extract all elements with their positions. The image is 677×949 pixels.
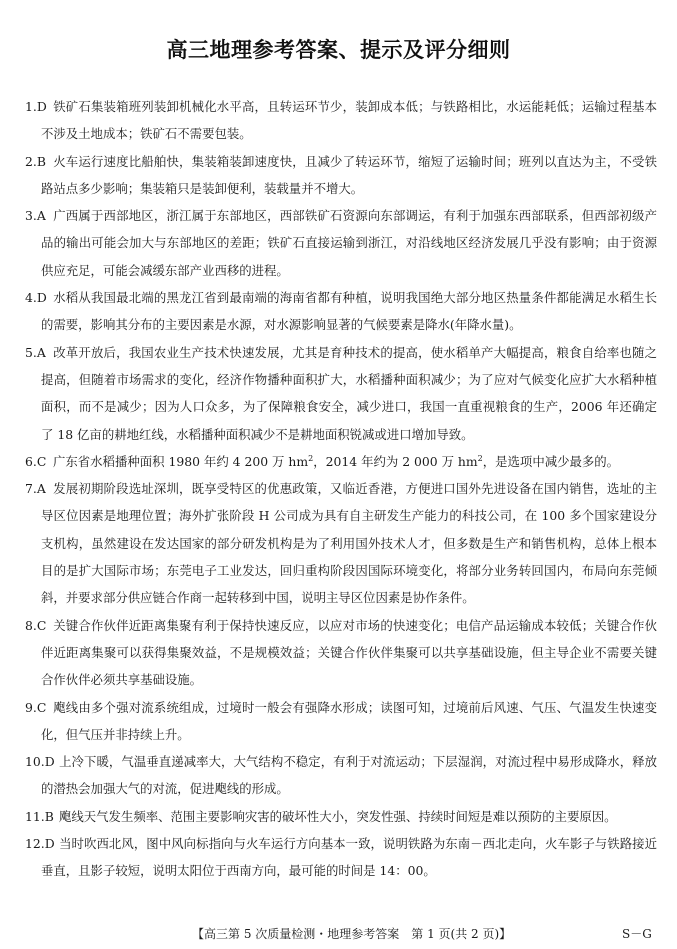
- answer-item-7: 7.A发展初期阶段选址深圳，既享受特区的优惠政策，又临近香港，方便进口国外先进设…: [25, 475, 657, 611]
- answer-text: 铁矿石集装箱班列装卸机械化水平高，且转运环节少，装卸成本低；与铁路相比，水运能耗…: [41, 99, 657, 141]
- answer-text: 广东省水稻播种面积 1980 年约 4 200 万 hm2，2014 年约为 2…: [53, 454, 619, 469]
- answer-text: 关键合作伙伴近距离集聚有利于保持快速反应，以应对市场的快速变化；电信产品运输成本…: [41, 618, 657, 688]
- answer-text: 当时吹西北风，图中风向标指向与火车运行方向基本一致，说明铁路为东南－西北走向，火…: [41, 836, 657, 878]
- answer-number: 4.D: [25, 284, 53, 311]
- answer-number: 12.D: [25, 830, 59, 857]
- answer-number: 8.C: [25, 612, 53, 639]
- answer-number: 1.D: [25, 93, 53, 120]
- answer-number: 10.D: [25, 748, 59, 775]
- footer-code: S－G: [622, 925, 652, 942]
- answer-text: 火车运行速度比船舶快，集装箱装卸速度快，且减少了转运环节，缩短了运输时间；班列以…: [41, 154, 657, 196]
- answer-item-5: 5.A改革开放后，我国农业生产技术快速发展，尤其是育种技术的提高，使水稻单产大幅…: [25, 339, 657, 448]
- answer-number: 9.C: [25, 694, 53, 721]
- answer-number: 11.B: [25, 803, 59, 830]
- answer-number: 7.A: [25, 475, 53, 502]
- answer-text: 发展初期阶段选址深圳，既享受特区的优惠政策，又临近香港，方便进口国外先进设备在国…: [41, 481, 657, 605]
- answer-item-11: 11.B飑线天气发生频率、范围主要影响灾害的破坏性大小，突发性强、持续时间短是难…: [25, 803, 657, 830]
- answer-list: 1.D铁矿石集装箱班列装卸机械化水平高，且转运环节少，装卸成本低；与铁路相比，水…: [25, 93, 657, 885]
- answer-item-12: 12.D当时吹西北风，图中风向标指向与火车运行方向基本一致，说明铁路为东南－西北…: [25, 830, 657, 885]
- answer-item-3: 3.A广西属于西部地区，浙江属于东部地区，西部铁矿石资源向东部调运，有利于加强东…: [25, 202, 657, 284]
- answer-item-6: 6.C广东省水稻播种面积 1980 年约 4 200 万 hm2，2014 年约…: [25, 448, 657, 475]
- answer-text: 飑线由多个强对流系统组成，过境时一般会有强降水形成；读图可知，过境前后风速、气压…: [41, 700, 657, 742]
- answer-item-10: 10.D上冷下暖，气温垂直递减率大，大气结构不稳定，有利于对流运动；下层湿润，对…: [25, 748, 657, 803]
- answer-item-8: 8.C关键合作伙伴近距离集聚有利于保持快速反应，以应对市场的快速变化；电信产品运…: [25, 612, 657, 694]
- answer-number: 6.C: [25, 448, 53, 475]
- answer-item-4: 4.D水稻从我国最北端的黑龙江省到最南端的海南省都有种植，说明我国绝大部分地区热…: [25, 284, 657, 339]
- answer-text: 广西属于西部地区，浙江属于东部地区，西部铁矿石资源向东部调运，有利于加强东西部联…: [41, 208, 657, 278]
- answer-text-part: 广东省水稻播种面积 1980 年约 4 200 万 hm: [53, 454, 308, 469]
- answer-number: 3.A: [25, 202, 53, 229]
- answer-text: 水稻从我国最北端的黑龙江省到最南端的海南省都有种植，说明我国绝大部分地区热量条件…: [41, 290, 657, 332]
- answer-text: 飑线天气发生频率、范围主要影响灾害的破坏性大小，突发性强、持续时间短是难以预防的…: [59, 809, 617, 824]
- answer-text: 上冷下暖，气温垂直递减率大，大气结构不稳定，有利于对流运动；下层湿润，对流过程中…: [41, 754, 657, 796]
- footer-page-info: 【高三第 5 次质量检测・地理参考答案 第 1 页(共 2 页)】: [192, 925, 511, 942]
- answer-number: 2.B: [25, 148, 53, 175]
- answer-text-part: ，2014 年约为 2 000 万 hm: [313, 454, 477, 469]
- answer-item-2: 2.B火车运行速度比船舶快，集装箱装卸速度快，且减少了转运环节，缩短了运输时间；…: [25, 148, 657, 203]
- answer-text: 改革开放后，我国农业生产技术快速发展，尤其是育种技术的提高，使水稻单产大幅提高，…: [41, 345, 657, 442]
- answer-text-part: ，是选项中减少最多的。: [483, 454, 619, 469]
- answer-number: 5.A: [25, 339, 53, 366]
- answer-item-1: 1.D铁矿石集装箱班列装卸机械化水平高，且转运环节少，装卸成本低；与铁路相比，水…: [25, 93, 657, 148]
- page-title: 高三地理参考答案、提示及评分细则: [0, 34, 677, 64]
- answer-item-9: 9.C飑线由多个强对流系统组成，过境时一般会有强降水形成；读图可知，过境前后风速…: [25, 694, 657, 749]
